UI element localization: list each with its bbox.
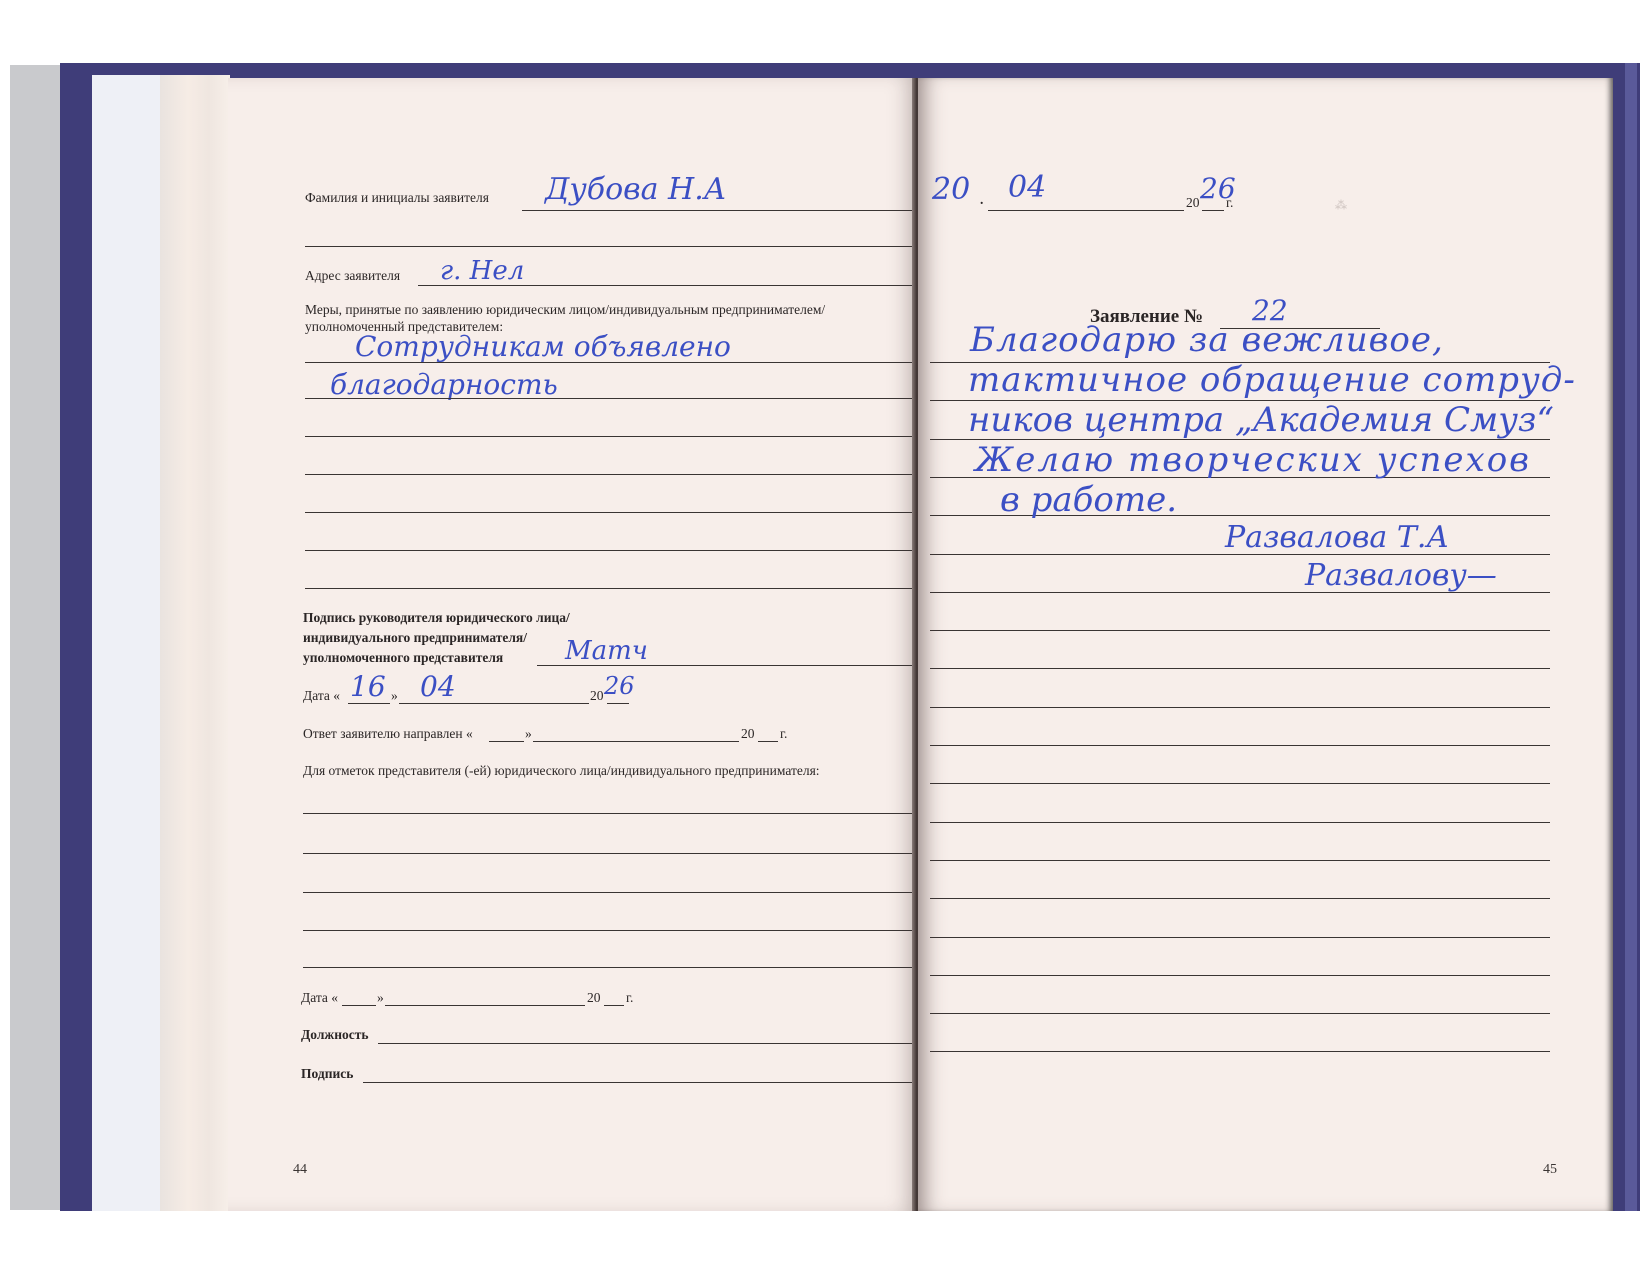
statement-line-4: Желаю творческих успехов bbox=[975, 440, 1531, 480]
position-label: Должность bbox=[301, 1027, 369, 1043]
notes-line-4 bbox=[303, 930, 915, 931]
sign-label: Подпись bbox=[301, 1066, 353, 1082]
address-value: г. Нел bbox=[440, 256, 524, 286]
date2-month-line bbox=[385, 1005, 585, 1006]
right-date-year-suffix: г. bbox=[1226, 195, 1233, 211]
signature-value: Матч bbox=[565, 636, 648, 666]
measures-line-5 bbox=[305, 512, 915, 513]
notes-line-5 bbox=[303, 967, 915, 968]
signature-label-2: индивидуального предпринимателя/ bbox=[303, 630, 527, 646]
reply-close-quote: » bbox=[525, 726, 532, 742]
page-stack bbox=[160, 75, 230, 1211]
date2-label: Дата « bbox=[301, 990, 338, 1006]
reply-year-line bbox=[758, 741, 778, 742]
signature-label-1: Подпись руководителя юридического лица/ bbox=[303, 610, 570, 626]
date-year: 26 bbox=[604, 672, 635, 700]
cover-edge bbox=[1625, 63, 1637, 1211]
reply-day-line bbox=[489, 741, 524, 742]
measures-line-6 bbox=[305, 550, 915, 551]
date2-day-line bbox=[342, 1005, 376, 1006]
measures-line-2 bbox=[305, 398, 915, 399]
position-line bbox=[378, 1043, 915, 1044]
reply-label: Ответ заявителю направлен « bbox=[303, 726, 473, 742]
right-ruled-line bbox=[930, 707, 1550, 708]
signature-label-3: уполномоченного представителя bbox=[303, 650, 503, 666]
date2-year-suffix: г. bbox=[626, 990, 633, 1006]
date-month: 04 bbox=[420, 670, 456, 703]
statement-line-3: ников центра „Академия Смуз“ bbox=[968, 400, 1554, 440]
right-ruled-line bbox=[930, 1013, 1550, 1014]
date-day-line bbox=[348, 703, 390, 704]
date2-year-line bbox=[604, 1005, 624, 1006]
scan-background bbox=[10, 65, 65, 1210]
measures-value-1: Сотрудникам объявлено bbox=[355, 330, 731, 363]
statement-line-2: тактичное обращение сотруд- bbox=[968, 360, 1576, 400]
right-ruled-line bbox=[930, 1051, 1550, 1052]
measures-line-7 bbox=[305, 588, 915, 589]
date-month-line bbox=[399, 703, 589, 704]
author-signature: Развалову— bbox=[1305, 558, 1497, 593]
right-ruled-line bbox=[930, 822, 1550, 823]
statement-line-1: Благодарю за вежливое, bbox=[970, 320, 1444, 360]
right-date-day: 20 bbox=[932, 172, 970, 207]
right-date-dot: . bbox=[980, 192, 983, 208]
applicant-name-label: Фамилия и инициалы заявителя bbox=[305, 190, 489, 206]
right-ruled-line bbox=[930, 668, 1550, 669]
reply-year-prefix: 20 bbox=[741, 726, 755, 742]
right-date-month: 04 bbox=[1008, 170, 1046, 205]
author-name: Развалова Т.А bbox=[1225, 520, 1449, 555]
notes-line-3 bbox=[303, 892, 915, 893]
applicant-name-value: Дубова Н.А bbox=[545, 172, 726, 207]
measures-line-3 bbox=[305, 436, 915, 437]
notes-label: Для отметок представителя (-ей) юридичес… bbox=[303, 763, 820, 779]
sign-line bbox=[363, 1082, 915, 1083]
date-year-line bbox=[607, 703, 629, 704]
right-ruled-line bbox=[930, 898, 1550, 899]
page-number-right: 45 bbox=[1543, 1162, 1557, 1178]
statement-line-5: в работе. bbox=[1000, 480, 1177, 520]
reply-year-suffix: г. bbox=[780, 726, 787, 742]
right-ruled-line bbox=[930, 745, 1550, 746]
measures-label-1: Меры, принятые по заявлению юридическим … bbox=[305, 302, 825, 318]
right-ruled-line bbox=[930, 783, 1550, 784]
notes-line-1 bbox=[303, 813, 915, 814]
right-date-year-prefix: 20 bbox=[1186, 195, 1200, 211]
date-close-quote: » bbox=[391, 688, 398, 704]
date-label: Дата « bbox=[303, 688, 340, 704]
right-ruled-line bbox=[930, 937, 1550, 938]
right-date-month-line bbox=[988, 210, 1184, 211]
notes-line-2 bbox=[303, 853, 915, 854]
right-ruled-line bbox=[930, 860, 1550, 861]
measures-line-4 bbox=[305, 474, 915, 475]
date-day: 16 bbox=[350, 670, 386, 703]
address-label: Адрес заявителя bbox=[305, 268, 400, 284]
measures-line-1 bbox=[305, 362, 915, 363]
date2-close-quote: » bbox=[377, 990, 384, 1006]
right-date-year-line bbox=[1202, 210, 1224, 211]
date-year-prefix: 20 bbox=[590, 688, 604, 704]
date2-year-prefix: 20 bbox=[587, 990, 601, 1006]
page-number-left: 44 bbox=[293, 1162, 307, 1178]
applicant-name-line-2 bbox=[305, 246, 915, 247]
measures-value-2: благодарность bbox=[330, 368, 558, 401]
applicant-name-line bbox=[522, 210, 915, 211]
right-page bbox=[918, 78, 1613, 1211]
right-ruled-line bbox=[930, 975, 1550, 976]
show-through-text: ⁂ bbox=[1335, 198, 1347, 213]
right-ruled-line bbox=[930, 630, 1550, 631]
reply-month-line bbox=[533, 741, 739, 742]
